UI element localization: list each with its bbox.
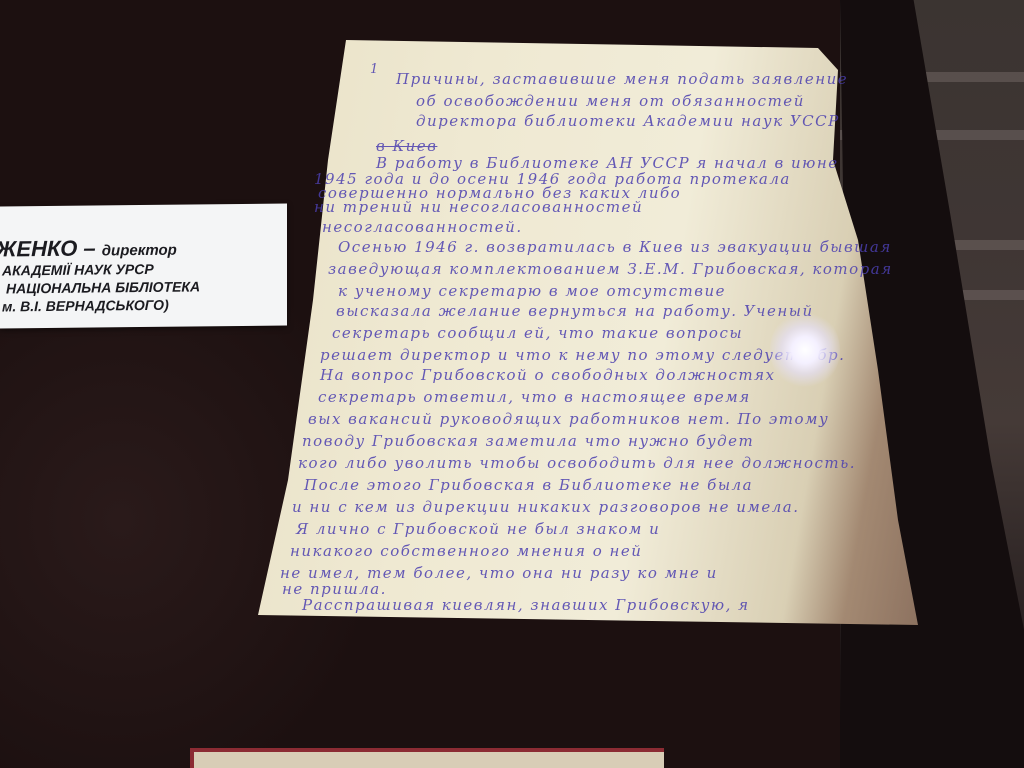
label-vernadsky: м. В.І. ВЕРНАДСЬКОГО)	[2, 297, 169, 315]
handwritten-line: несогласованностей.	[322, 218, 523, 236]
handwritten-line: Расспрашивая киевлян, знавших Грибовскую…	[302, 596, 750, 614]
light-glare	[770, 310, 840, 390]
handwritten-line: заведующая комплектованием З.Е.М. Грибов…	[328, 260, 893, 278]
handwritten-line: никакого собственного мнения о ней	[290, 542, 642, 560]
exhibit-label: ЖЕНКО – директор АКАДЕМІЇ НАУК УРСР НАЦІ…	[0, 203, 287, 328]
handwritten-line: После этого Грибовская в Библиотеке не б…	[304, 476, 753, 494]
handwritten-line: Осенью 1946 г. возвратилась в Киев из эв…	[338, 238, 892, 256]
page-mark: 1	[370, 62, 380, 77]
handwritten-line: поводу Грибовская заметила что нужно буд…	[302, 432, 754, 450]
heading-line: об освобождении меня от обязанностей	[416, 92, 805, 110]
handwritten-line: ни трений ни несогласованностей	[314, 198, 643, 216]
handwritten-line: высказала желание вернуться на работу. У…	[336, 302, 814, 320]
label-library: НАЦІОНАЛЬНА БІБЛІОТЕКА	[6, 278, 200, 296]
handwritten-line: Я лично с Грибовской не был знаком и	[296, 520, 660, 538]
adjacent-exhibit-book	[190, 748, 664, 768]
label-academy: АКАДЕМІЇ НАУК УРСР	[2, 261, 154, 279]
handwritten-line: вых вакансий руководящих работников нет.…	[308, 410, 829, 428]
handwritten-line: в Киев	[376, 137, 437, 155]
handwritten-line: секретарь ответил, что в настоящее время	[318, 388, 751, 406]
handwritten-line: решает директор и что к нему по этому сл…	[320, 346, 845, 364]
label-title: ЖЕНКО – директор	[0, 235, 177, 263]
label-role: директор	[102, 242, 177, 260]
handwritten-line: и ни с кем из дирекции никаких разговоро…	[292, 498, 800, 516]
handwritten-line: секретарь сообщил ей, что такие вопросы	[332, 324, 743, 342]
heading-line: Причины, заставившие меня подать заявлен…	[396, 70, 848, 88]
handwritten-line: На вопрос Грибовской о свободных должнос…	[320, 366, 776, 384]
handwritten-line: к ученому секретарю в мое отсутствие	[338, 282, 726, 300]
handwritten-line: кого либо уволить чтобы освободить для н…	[298, 454, 856, 472]
label-name: ЖЕНКО –	[0, 236, 96, 262]
heading-line: директора библиотеки Академии наук УССР	[416, 112, 840, 130]
